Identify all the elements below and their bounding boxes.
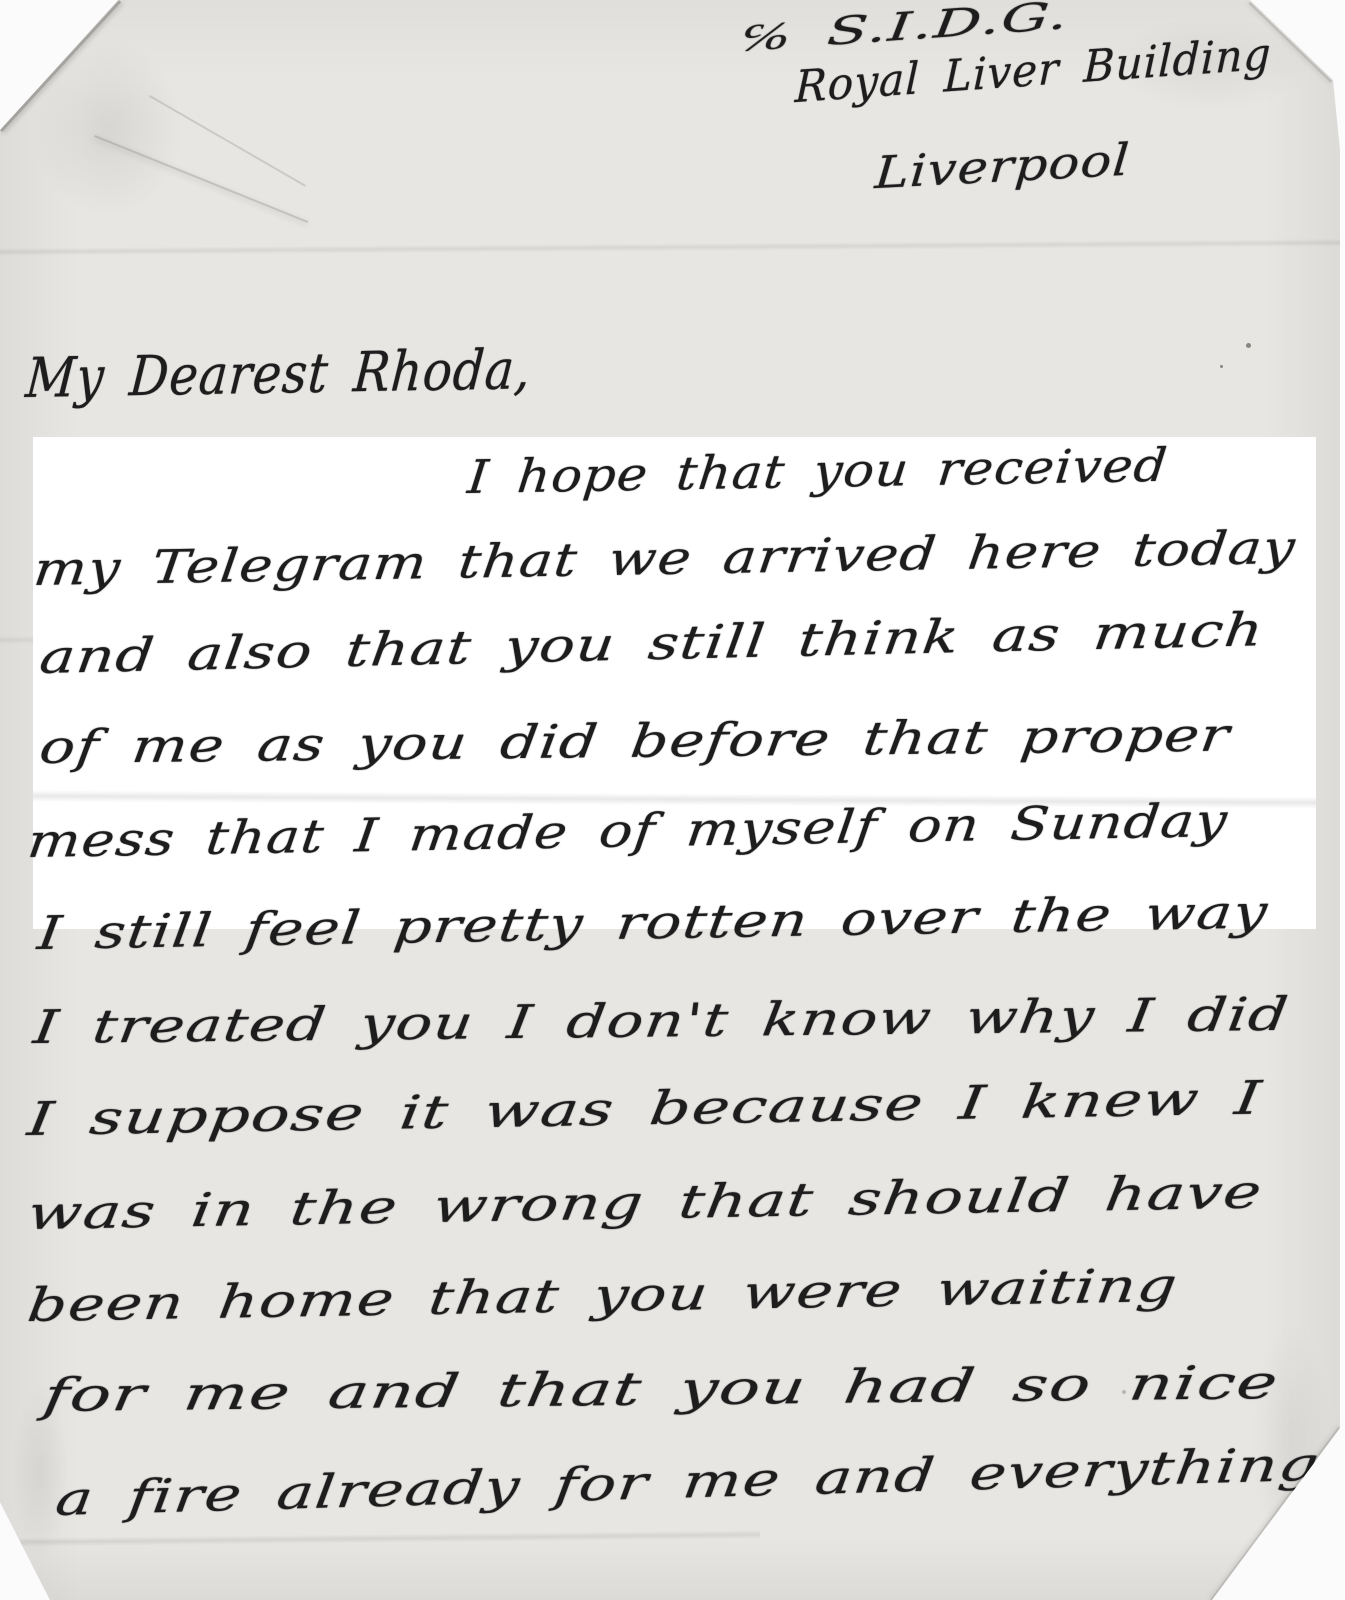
body-line: a fire already for me and everything xyxy=(53,1437,1323,1526)
scanned-letter: ℅ S.I.D.G. Royal Liver Building Liverpoo… xyxy=(0,0,1345,1600)
crease-line xyxy=(0,0,121,132)
paper-speck xyxy=(1220,365,1223,368)
letter-paper: ℅ S.I.D.G. Royal Liver Building Liverpoo… xyxy=(0,0,1345,1600)
paper-speck xyxy=(1246,343,1251,348)
crease-line xyxy=(0,239,1345,256)
body-line: I suppose it was because I knew I xyxy=(25,1070,1266,1146)
salutation: My Dearest Rhoda, xyxy=(24,337,534,410)
crease-line xyxy=(94,135,308,223)
crease-line xyxy=(149,95,306,187)
crease-line xyxy=(0,1530,760,1547)
body-line: for me and that you had so nice xyxy=(40,1355,1282,1422)
body-line: been home that you were waiting xyxy=(25,1258,1181,1332)
crease-line xyxy=(0,1502,50,1600)
body-line: was in the wrong that should have xyxy=(25,1164,1266,1240)
body-line: I treated you I don't know why I did xyxy=(31,987,1293,1054)
address-city: Liverpool xyxy=(873,135,1132,200)
